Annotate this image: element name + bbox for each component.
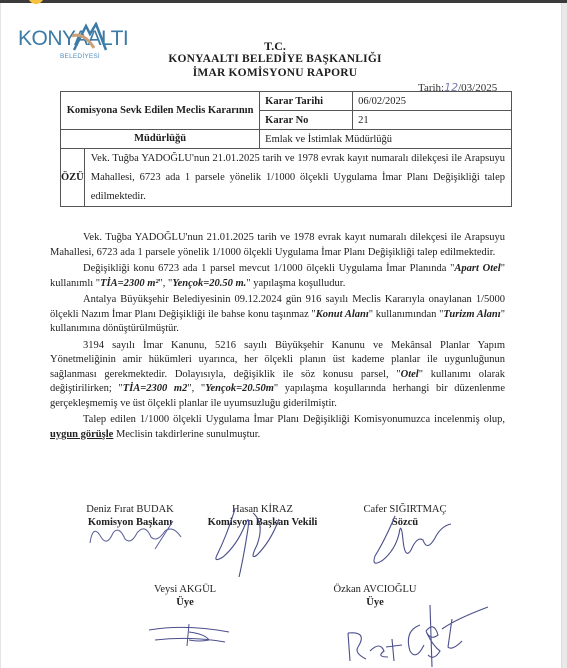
report-body: Vek. Tuğba YADOĞLU'nun 21.01.2025 tarih … <box>50 231 505 444</box>
decision-info-table: Komisyona Sevk Edilen Meclis Kararının K… <box>60 91 512 207</box>
mountain-logo-icon <box>72 22 108 52</box>
ozu-label: ÖZÜ <box>61 149 85 207</box>
municipality-logo: KONYAALTI BELEDİYESİ <box>18 22 138 62</box>
signature-block-chair: Deniz Fırat BUDAK Komisyon Başkanı <box>70 503 190 529</box>
page-title: İMAR KOMİSYONU RAPORU <box>150 67 400 79</box>
scrollbar-track[interactable] <box>561 3 567 668</box>
header-institution: KONYAALTI BELEDİYE BAŞKANLIĞI <box>150 53 400 65</box>
signer-name: Hasan KİRAZ <box>195 503 330 516</box>
signer-name: Veysi AKGÜL <box>140 583 230 596</box>
signature-block-member-1: Veysi AKGÜL Üye <box>140 583 230 609</box>
signer-name: Deniz Fırat BUDAK <box>70 503 190 516</box>
sevk-label: Komisyona Sevk Edilen Meclis Kararının <box>61 92 260 130</box>
mudurluk-value: Emlak ve İstimlak Müdürlüğü <box>260 130 512 149</box>
approval-phrase: uygun görüşle <box>50 429 113 440</box>
paragraph-5: Talep edilen 1/1000 ölçekli Uygulama İma… <box>50 413 505 442</box>
signer-role: Komisyon Başkanı <box>70 516 190 529</box>
mudurluk-label: Müdürlüğü <box>61 130 260 149</box>
paragraph-3: Antalya Büyükşehir Belediyesinin 09.12.2… <box>50 293 505 337</box>
logo-subtext: BELEDİYESİ <box>60 53 100 60</box>
signer-name: Özkan AVCIOĞLU <box>320 583 430 596</box>
signer-role: Sözcü <box>350 516 460 529</box>
paragraph-2: Değişikliği konu 6723 ada 1 parsel mevcu… <box>50 262 505 291</box>
signature-block-member-2: Özkan AVCIOĞLU Üye <box>320 583 430 609</box>
signer-role: Komisyon Başkan Vekili <box>195 516 330 529</box>
paragraph-1: Vek. Tuğba YADOĞLU'nun 21.01.2025 tarih … <box>50 231 505 260</box>
signer-role: Üye <box>140 596 230 609</box>
signature-block-spokesperson: Cafer SIĞIRTMAÇ Sözcü <box>350 503 460 529</box>
paragraph-4: 3194 sayılı İmar Kanunu, 5216 sayılı Büy… <box>50 339 505 412</box>
signer-role: Üye <box>320 596 430 609</box>
header-tc: T.C. <box>150 39 400 54</box>
signer-name: Cafer SIĞIRTMAÇ <box>350 503 460 516</box>
karar-tarihi-value: 06/02/2025 <box>353 92 512 111</box>
window-top-bar <box>0 0 567 3</box>
ozu-value: Vek. Tuğba YADOĞLU'nun 21.01.2025 tarih … <box>84 149 511 207</box>
page-left-edge <box>0 3 1 668</box>
karar-tarihi-label: Karar Tarihi <box>260 92 353 111</box>
signature-block-vice-chair: Hasan KİRAZ Komisyon Başkan Vekili <box>195 503 330 529</box>
handwritten-signature-icon <box>145 620 235 650</box>
karar-no-value: 21 <box>353 111 512 130</box>
karar-no-label: Karar No <box>260 111 353 130</box>
